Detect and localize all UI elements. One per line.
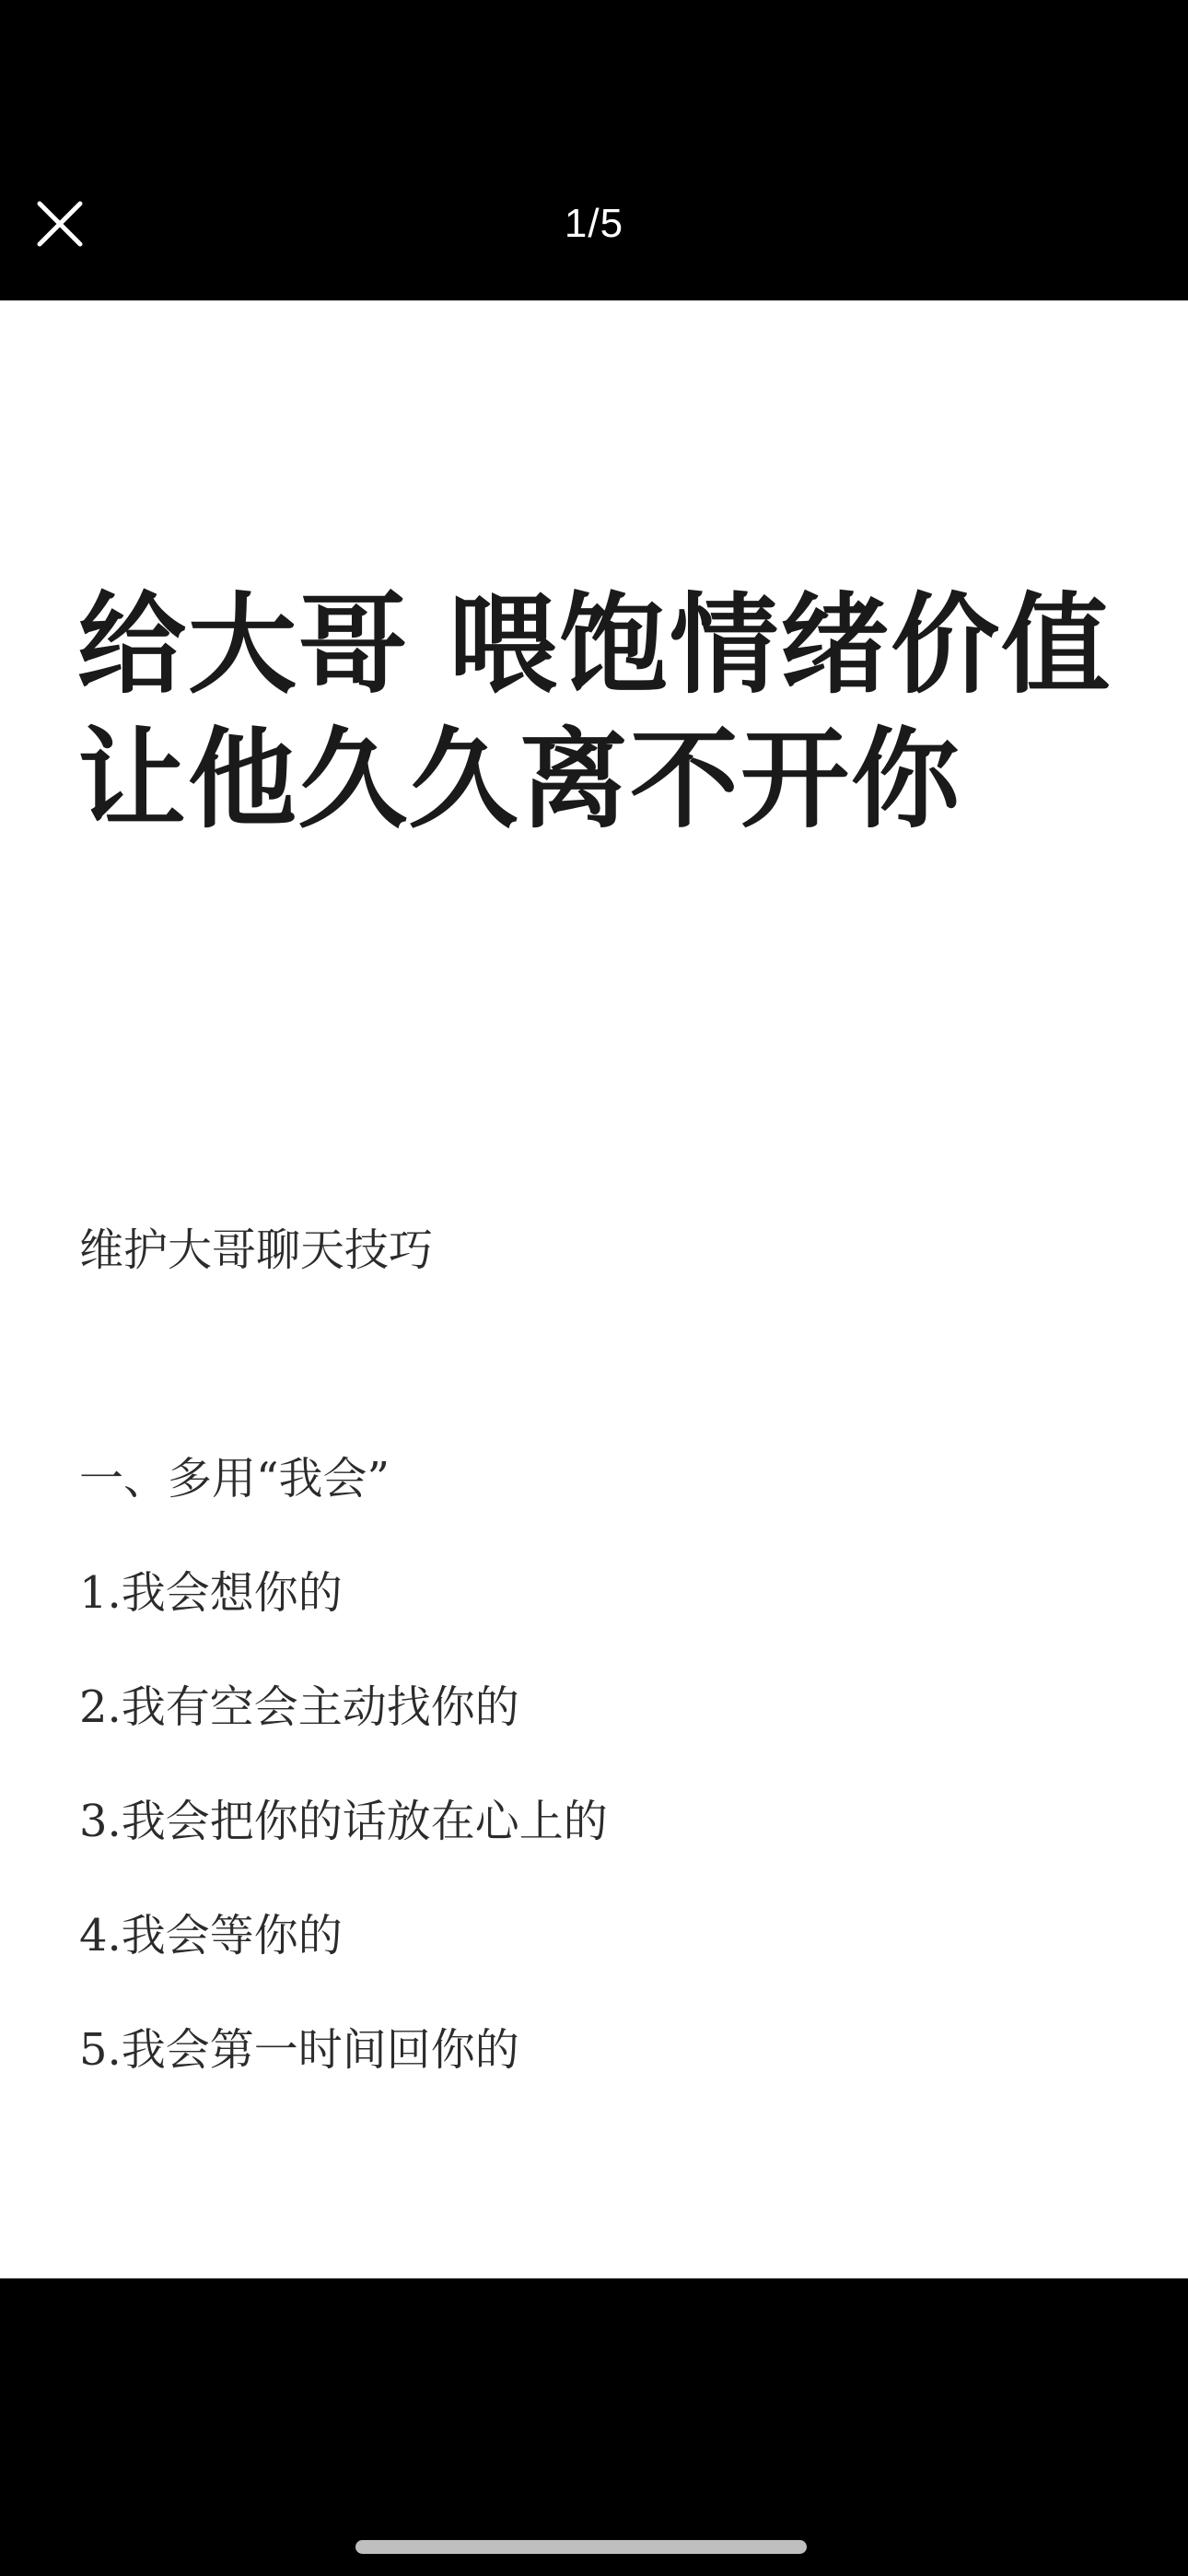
page-title: 给大哥 喂饱情绪价值 让他久久离不开你 [77,578,1112,847]
image-page[interactable]: 给大哥 喂饱情绪价值 让他久久离不开你 维护大哥聊天技巧 一、多用“我会” 1.… [0,300,1188,2278]
title-line-2: 让他久久离不开你 [77,712,1112,847]
list-item: 1.我会想你的 [79,1565,343,1621]
list-item: 2.我有空会主动找你的 [79,1680,519,1735]
title-line-1: 给大哥 喂饱情绪价值 [77,578,1112,712]
viewer-top-bar: 1/5 [0,0,1188,300]
page-counter: 1/5 [0,197,1188,251]
home-indicator[interactable] [355,2540,807,2554]
list-item: 4.我会等你的 [79,1908,343,1963]
list-item: 3.我会把你的话放在心上的 [79,1794,608,1849]
subtitle: 维护大哥聊天技巧 [79,1223,433,1278]
list-item: 5.我会第一时间回你的 [79,2022,519,2078]
section-heading: 一、多用“我会” [79,1451,390,1506]
